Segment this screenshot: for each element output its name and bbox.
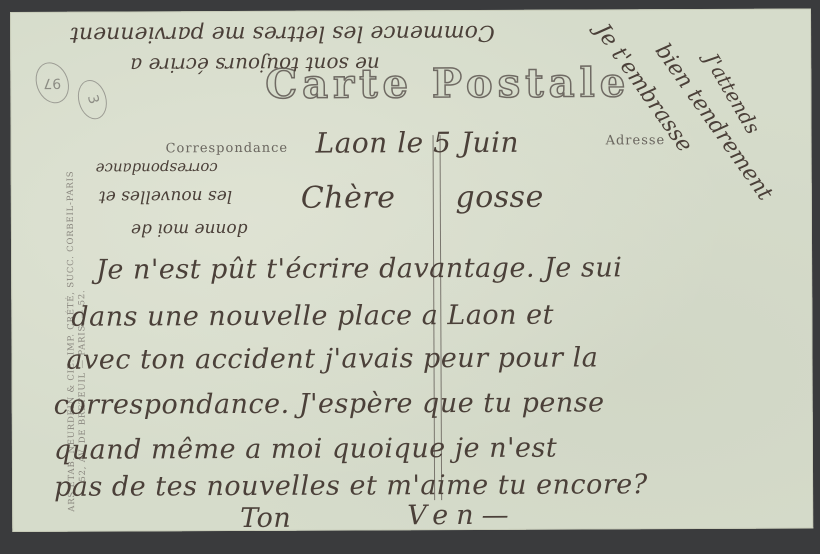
pencil-mark-1: 97 <box>43 75 61 91</box>
signature: Ven— <box>407 500 517 531</box>
upside-down-note-left-2: les nouvelles et <box>99 186 232 207</box>
salutation: Chère gosse <box>301 180 544 216</box>
upside-down-note-top-2: ne sont toujours écrire a <box>130 52 380 77</box>
pencil-mark-circle-1: 97 <box>30 58 75 108</box>
upside-down-note-top-1: Commence les lettres me parviennent <box>70 20 495 47</box>
pencil-mark-circle-2: 3 <box>74 77 112 123</box>
postcard-back: 97 3 Carte Postale Correspondance Adress… <box>10 9 813 532</box>
closing: Ton <box>240 503 291 532</box>
scanned-postcard: 97 3 Carte Postale Correspondance Adress… <box>0 0 820 554</box>
message-line-1: Je n'est pût t'écrire davantage. Je sui <box>96 252 622 285</box>
place-date: Laon le 5 Juin <box>316 126 520 160</box>
message-line-4: correspondance. J'espère que tu pense <box>54 387 605 420</box>
message-line-3: avec ton accident j'avais peur pour la <box>66 342 598 375</box>
message-line-2: dans une nouvelle place a Laon et <box>71 300 554 333</box>
message-line-6: pas de tes nouvelles et m'aime tu encore… <box>54 469 648 503</box>
pencil-mark-2: 3 <box>83 93 101 106</box>
correspondence-label: Correspondance <box>166 141 289 157</box>
upside-down-note-left-1: correspondance <box>96 159 218 178</box>
message-line-5: quand même a moi quoique je n'est <box>54 433 557 466</box>
upside-down-note-left-3: donne moi de <box>131 219 248 240</box>
address-label: Adresse <box>606 133 666 148</box>
